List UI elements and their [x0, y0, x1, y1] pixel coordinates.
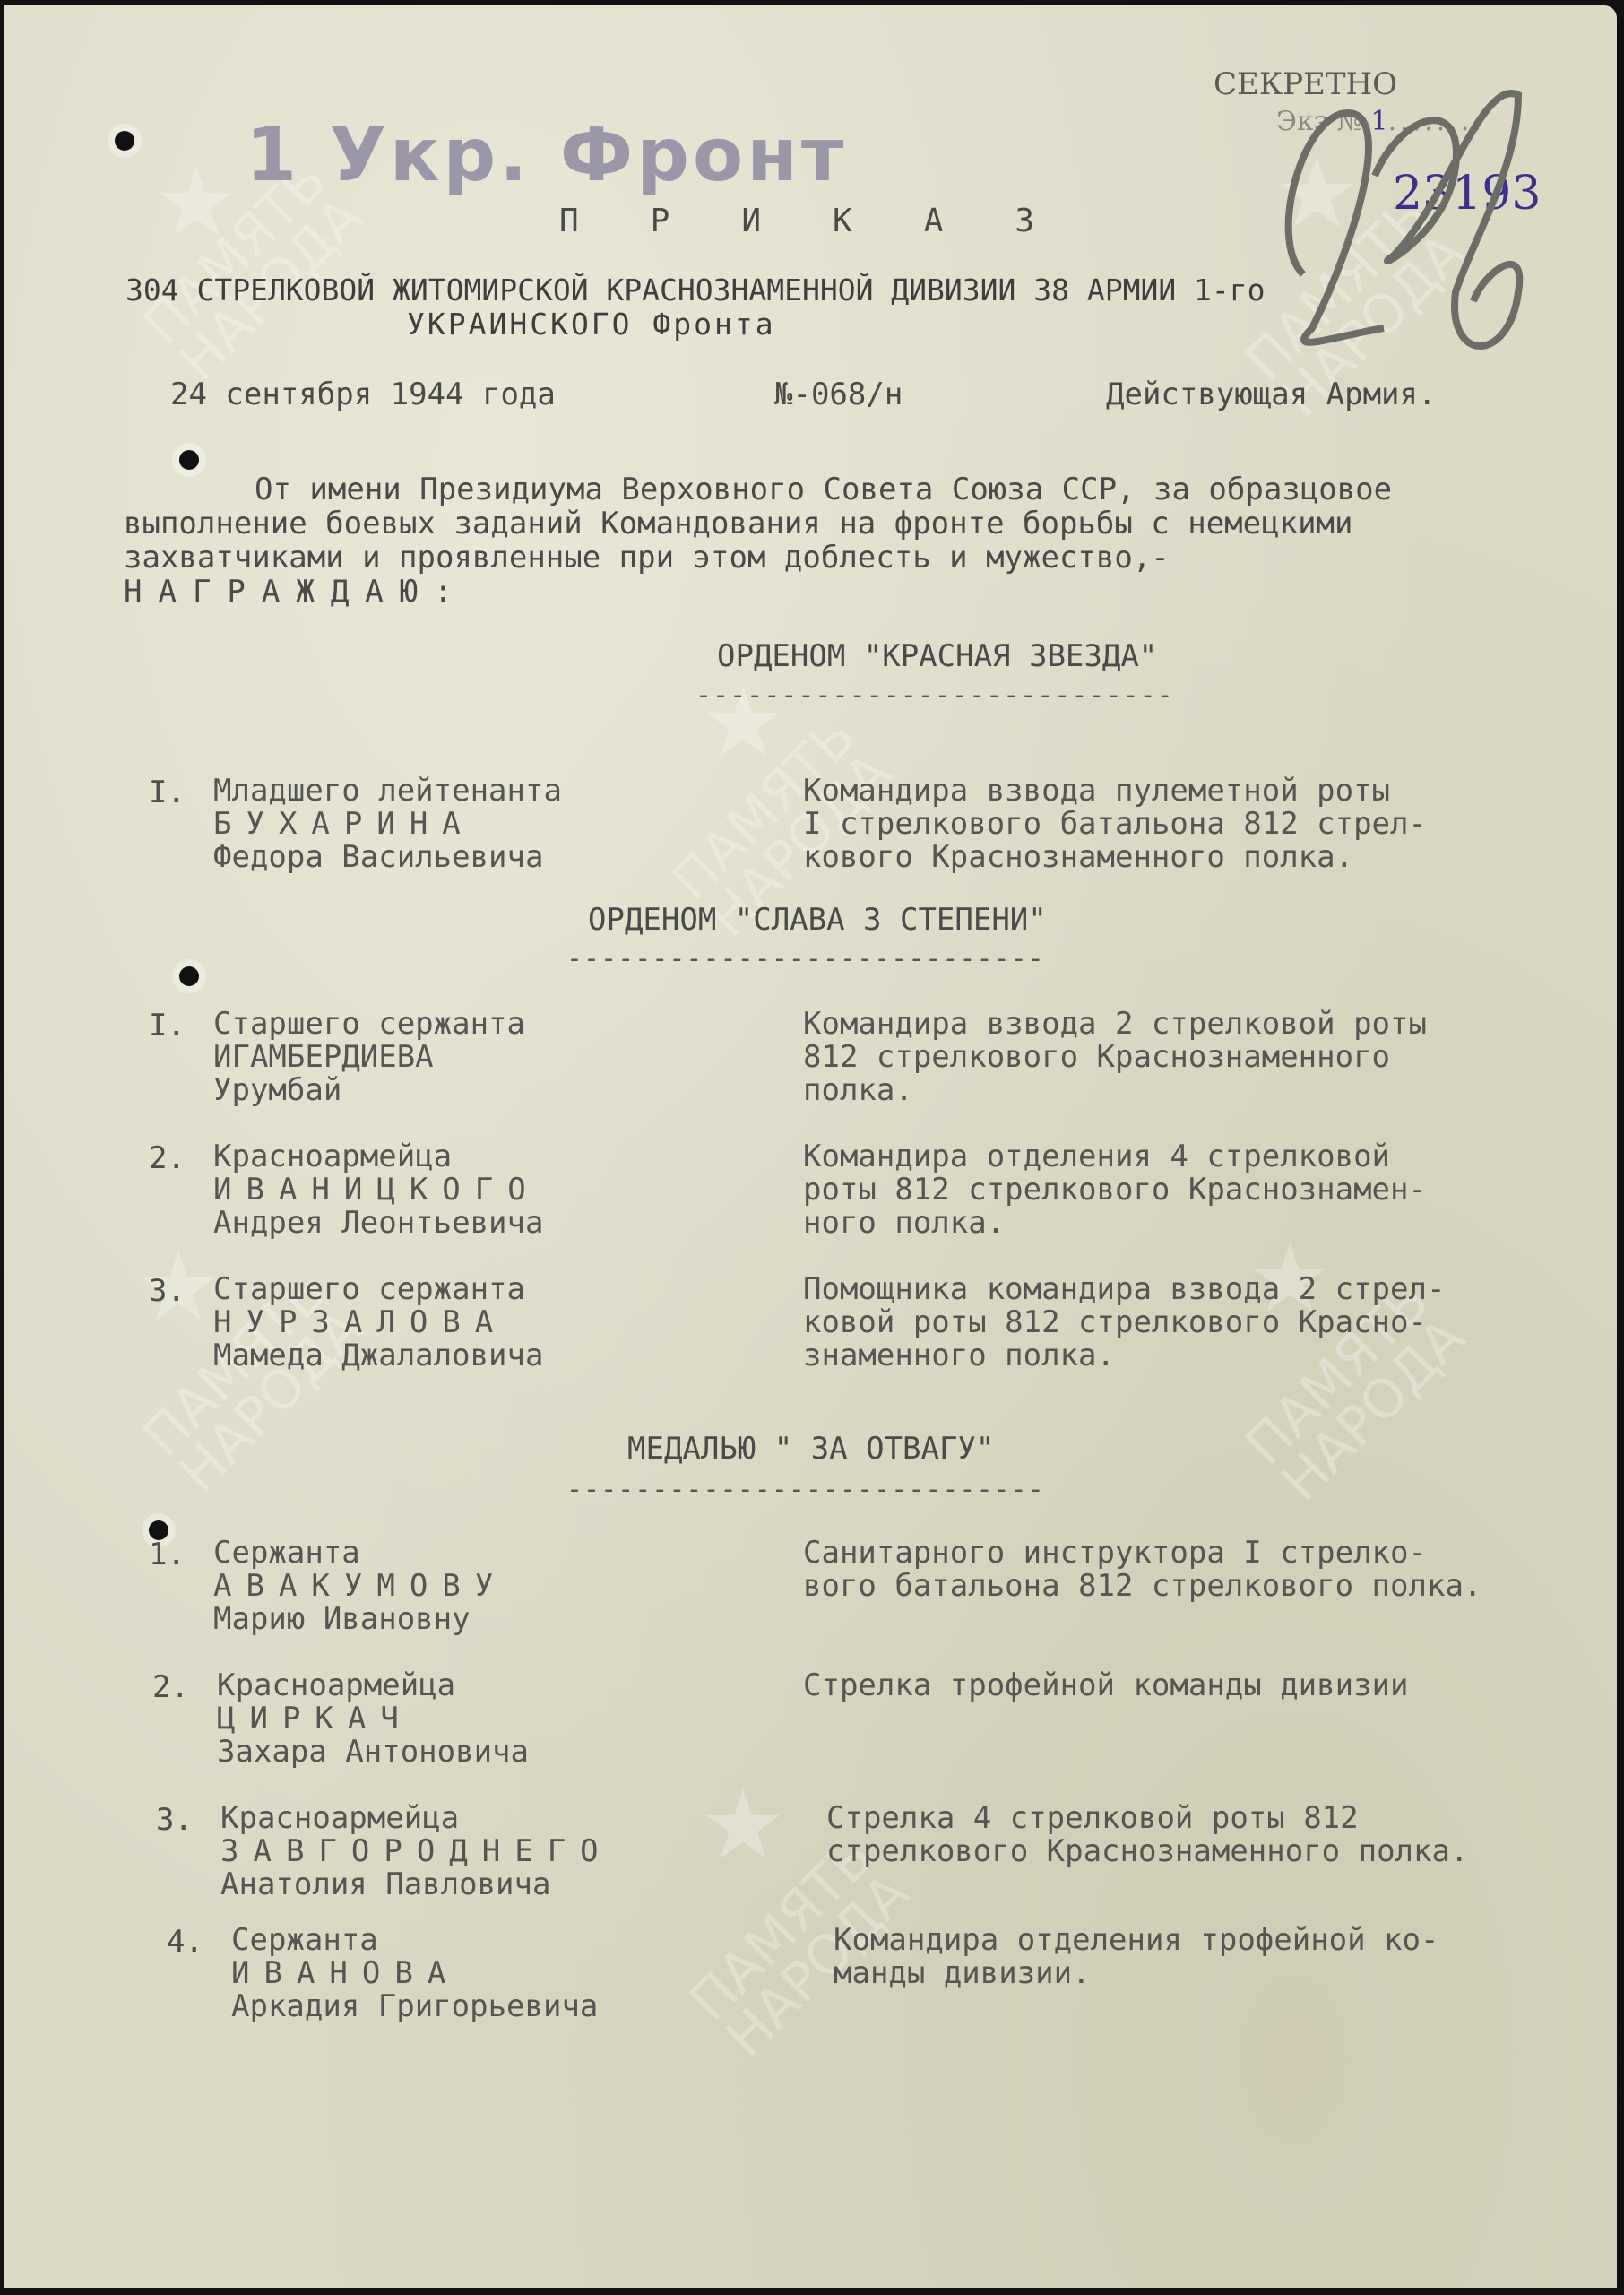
awardee: СержантаАВАКУМОВУМарию Ивановну: [213, 1537, 507, 1636]
awardee-name: Федора Васильевича: [213, 841, 562, 874]
awardee: Старшего сержантаНУРЗАЛОВАМамеда Джалало…: [213, 1273, 543, 1373]
order-location: Действующая Армия.: [1106, 377, 1436, 412]
position-line: 812 стрелкового Краснознаменного: [803, 1041, 1427, 1074]
position-line: Стрелка трофейной команды дивизии: [803, 1669, 1409, 1702]
entry-number: 2.: [149, 1140, 186, 1176]
awardee-name: Аркадия Григорьевича: [231, 1990, 598, 2023]
position-line: кового Краснознаменного полка.: [803, 841, 1427, 874]
awardee-name: Анатолия Павловича: [220, 1868, 613, 1901]
position-line: I стрелкового батальона 812 стрел-: [803, 808, 1427, 841]
position-line: знаменного полка.: [803, 1339, 1445, 1373]
awardee-name: Марию Ивановну: [213, 1603, 507, 1636]
awardee-rank: Сержанта: [213, 1537, 507, 1570]
position-line: Помощника командира взвода 2 стрел-: [803, 1273, 1445, 1306]
awardee-rank: Красноармейца: [217, 1669, 529, 1702]
awardee-position: Командира отделения 4 стрелковойроты 812…: [803, 1140, 1427, 1240]
unit-line-2: УКРАИНСКОГО Фронта: [407, 307, 776, 342]
awardee-position: Санитарного инструктора I стрелко-вого б…: [803, 1537, 1481, 1603]
watermark-star-icon: ★: [156, 113, 237, 269]
awardee-surname: АВАКУМОВУ: [213, 1570, 507, 1603]
section-title-bravery-medal: МЕДАЛЬЮ " ЗА ОТВАГУ": [627, 1431, 994, 1467]
awardee-surname: ИГАМБЕРДИЕВА: [213, 1041, 525, 1074]
awardee-surname: ИВАНОВА: [231, 1957, 598, 1990]
section-underline: ----------------------------: [566, 1474, 1045, 1505]
awardee-surname: ИВАНИЦКОГО: [213, 1173, 543, 1207]
awardee-rank: Младшего лейтенанта: [213, 775, 562, 808]
awardee-rank: Красноармейца: [213, 1140, 543, 1173]
position-line: ного полка.: [803, 1207, 1427, 1240]
awardee-name: Андрея Леонтьевича: [213, 1207, 543, 1240]
awardee: КрасноармейцаЗАВГОРОДНЕГОАнатолия Павлов…: [220, 1802, 613, 1901]
preamble-line-3: захватчиками и проявленные при этом добл…: [124, 540, 1170, 576]
document-page: ★ ПАМЯТЬ НАРОДА ★ ПАМЯТЬ НАРОДА ★ ПАМЯТЬ…: [4, 5, 1617, 2288]
award-word: НАГРАЖДАЮ:: [124, 574, 469, 610]
awardee-position: Командира взвода 2 стрелковой роты812 ст…: [803, 1008, 1427, 1107]
entry-number: 3.: [156, 1802, 193, 1838]
entry-number: 2.: [152, 1669, 189, 1705]
entry-number: 3.: [149, 1273, 186, 1309]
awardee-position: Командира взвода пулеметной ротыI стрелк…: [803, 775, 1427, 874]
awardee-surname: НУРЗАЛОВА: [213, 1306, 543, 1339]
position-line: Командира отделения 4 стрелковой: [803, 1140, 1427, 1173]
awardee: Младшего лейтенантаБУХАРИНАФедора Василь…: [213, 775, 562, 874]
awardee-name: Урумбай: [213, 1074, 525, 1107]
position-line: Командира отделения трофейной ко-: [834, 1924, 1439, 1957]
awardee-name: Захара Антоновича: [217, 1736, 529, 1769]
awardee-position: Стрелка трофейной команды дивизии: [803, 1669, 1409, 1702]
position-line: стрелкового Краснознаменного полка.: [826, 1835, 1468, 1868]
awardee-name: Мамеда Джалаловича: [213, 1339, 543, 1373]
awardee-rank: Красноармейца: [220, 1802, 613, 1835]
entry-number: 1.: [149, 1537, 186, 1572]
position-line: манды дивизии.: [834, 1957, 1439, 1990]
section-underline: ----------------------------: [566, 943, 1045, 974]
preamble-line-2: выполнение боевых заданий Командования н…: [124, 506, 1352, 541]
awardee-surname: БУХАРИНА: [213, 808, 562, 841]
watermark-star-icon: ★: [703, 1736, 783, 1892]
awardee: КрасноармейцаИВАНИЦКОГОАндрея Леонтьевич…: [213, 1140, 543, 1240]
front-stamp: 1 Укр. Фронт: [246, 113, 847, 198]
handwritten-mark: [1249, 59, 1572, 382]
preamble-line-1: От имени Президиума Верховного Совета Со…: [255, 472, 1392, 507]
awardee-position: Стрелка 4 стрелковой роты 812стрелкового…: [826, 1802, 1468, 1868]
document-title: ПРИКАЗ: [559, 203, 1106, 239]
awardee-surname: ЦИРКАЧ: [217, 1702, 529, 1736]
entry-number: I.: [149, 775, 186, 810]
position-line: полка.: [803, 1074, 1427, 1107]
section-underline: ----------------------------: [695, 680, 1174, 711]
awardee: СержантаИВАНОВААркадия Григорьевича: [231, 1924, 598, 2023]
awardee-rank: Старшего сержанта: [213, 1008, 525, 1041]
entry-number: 4.: [167, 1924, 203, 1960]
position-line: роты 812 стрелкового Краснознамен-: [803, 1173, 1427, 1207]
punch-hole: [179, 450, 199, 470]
position-line: Санитарного инструктора I стрелко-: [803, 1537, 1481, 1570]
order-number: №-068/н: [774, 377, 903, 412]
awardee-position: Помощника командира взвода 2 стрел-ковой…: [803, 1273, 1445, 1373]
position-line: Командира взвода 2 стрелковой роты: [803, 1008, 1427, 1041]
awardee: КрасноармейцаЦИРКАЧЗахара Антоновича: [217, 1669, 529, 1769]
awardee-position: Командира отделения трофейной ко-манды д…: [834, 1924, 1439, 1990]
awardee-rank: Старшего сержанта: [213, 1273, 543, 1306]
entry-number: I.: [149, 1008, 186, 1044]
position-line: ковой роты 812 стрелкового Красно-: [803, 1306, 1445, 1339]
punch-hole: [179, 966, 199, 986]
awardee: Старшего сержантаИГАМБЕРДИЕВАУрумбай: [213, 1008, 525, 1107]
section-title-red-star: ОРДЕНОМ "КРАСНАЯ ЗВЕЗДА": [717, 638, 1157, 674]
position-line: Стрелка 4 стрелковой роты 812: [826, 1802, 1468, 1835]
position-line: вого батальона 812 стрелкового полка.: [803, 1570, 1481, 1603]
awardee-surname: ЗАВГОРОДНЕГО: [220, 1835, 613, 1868]
position-line: Командира взвода пулеметной роты: [803, 775, 1427, 808]
awardee-rank: Сержанта: [231, 1924, 598, 1957]
unit-line-1: 304 СТРЕЛКОВОЙ ЖИТОМИРСКОЙ КРАСНОЗНАМЕНН…: [125, 273, 1266, 307]
punch-hole: [115, 131, 134, 151]
section-title-glory: ОРДЕНОМ "СЛАВА 3 СТЕПЕНИ": [588, 902, 1047, 938]
order-date: 24 сентября 1944 года: [170, 377, 556, 412]
